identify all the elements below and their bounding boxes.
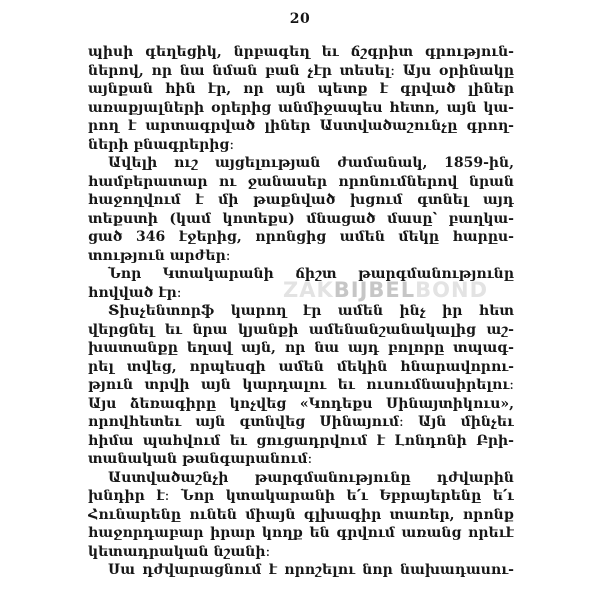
text-line: պիսի գեղեցիկ, նրբագեղ եւ ճշգրիտ գրությու… <box>88 43 514 62</box>
text-line: որովհետեւ այն գտնվեց Սինայում։ Այն մինչե… <box>88 413 514 432</box>
text-line: ցած 346 էջերից, որոնցից ամեն մեկը հարըս- <box>88 228 514 247</box>
text-line: հիմա պահվում եւ ցուցադրվում է Լոնդոնի Բր… <box>88 432 514 451</box>
text-line: հաջորդաբար իրար կողք են գրվում առանց որե… <box>88 524 514 543</box>
text-line: Աստվածաշնչի թարգմանությունը դժվարին <box>88 469 514 488</box>
book-page: 20 ZAKBIJBELBOND պիսի գեղեցիկ, նրբագեղ ե… <box>0 0 600 600</box>
page-number: 20 <box>0 11 600 27</box>
text-line: Տիսչենտորֆ կարող էր ամեն ինչ իր հետ <box>88 302 514 321</box>
text-line: րող է արտագրված լիներ Աստվածաշունչը գրող… <box>88 117 514 136</box>
text-line: հաջողվում է մի թաքնված խցում գտնել այդ <box>88 191 514 210</box>
text-line: հովված էր։ <box>88 284 514 303</box>
text-line: Հունարենը ունեն միայն գլխագիր տառեր, որո… <box>88 506 514 525</box>
text-line: կետադրական նշանի։ <box>88 543 514 562</box>
text-line: այնքան հին էր, որ այն պետք է գրված լիներ <box>88 80 514 99</box>
text-line: խնդիր է։ Նոր կտակարանի ե՛ւ Եբրայերենը ե՛… <box>88 487 514 506</box>
text-line: Այս ձեռագիրը կոչվեց «Կոդեքս Սինայտիկուս»… <box>88 395 514 414</box>
text-line: ներով, որ նա նման բան չէր տեսել։ Այս օրի… <box>88 62 514 81</box>
text-line: Նոր Կտակարանի ճիշտ թարգմանությունը ապա- <box>88 265 514 284</box>
text-line: րել տվեց, որպեսզի ամեն մեկին հնարավորու- <box>88 358 514 377</box>
text-line: առաքյալների օրերից անմիջապես հետո, այն կ… <box>88 99 514 118</box>
text-line: տեքստի (կամ կոտեքս) մնացած մասը՝ բաղկա- <box>88 210 514 229</box>
text-line: համբերատար ու ջանասեր որոնումներով նրան <box>88 173 514 192</box>
body-text: պիսի գեղեցիկ, նրբագեղ եւ ճշգրիտ գրությու… <box>88 43 514 580</box>
text-line: Ավելի ուշ այցելության ժամանակ, 1859-ին, <box>88 154 514 173</box>
text-line: տություն արժեր։ <box>88 247 514 266</box>
text-line: Սա դժվարացնում է որոշելու նոր նախադասու- <box>88 561 514 580</box>
text-line: վերցնել եւ նրա կյանքի ամենանշանակալից աշ… <box>88 321 514 340</box>
text-line: տանական թանգարանում։ <box>88 450 514 469</box>
text-line: խատանքը եղավ այն, որ նա այդ բոլորը տպագ- <box>88 339 514 358</box>
text-line: թյուն տրվի այն կարդալու եւ ուսումնասիրել… <box>88 376 514 395</box>
text-line: ների բնագրերից։ <box>88 136 514 155</box>
